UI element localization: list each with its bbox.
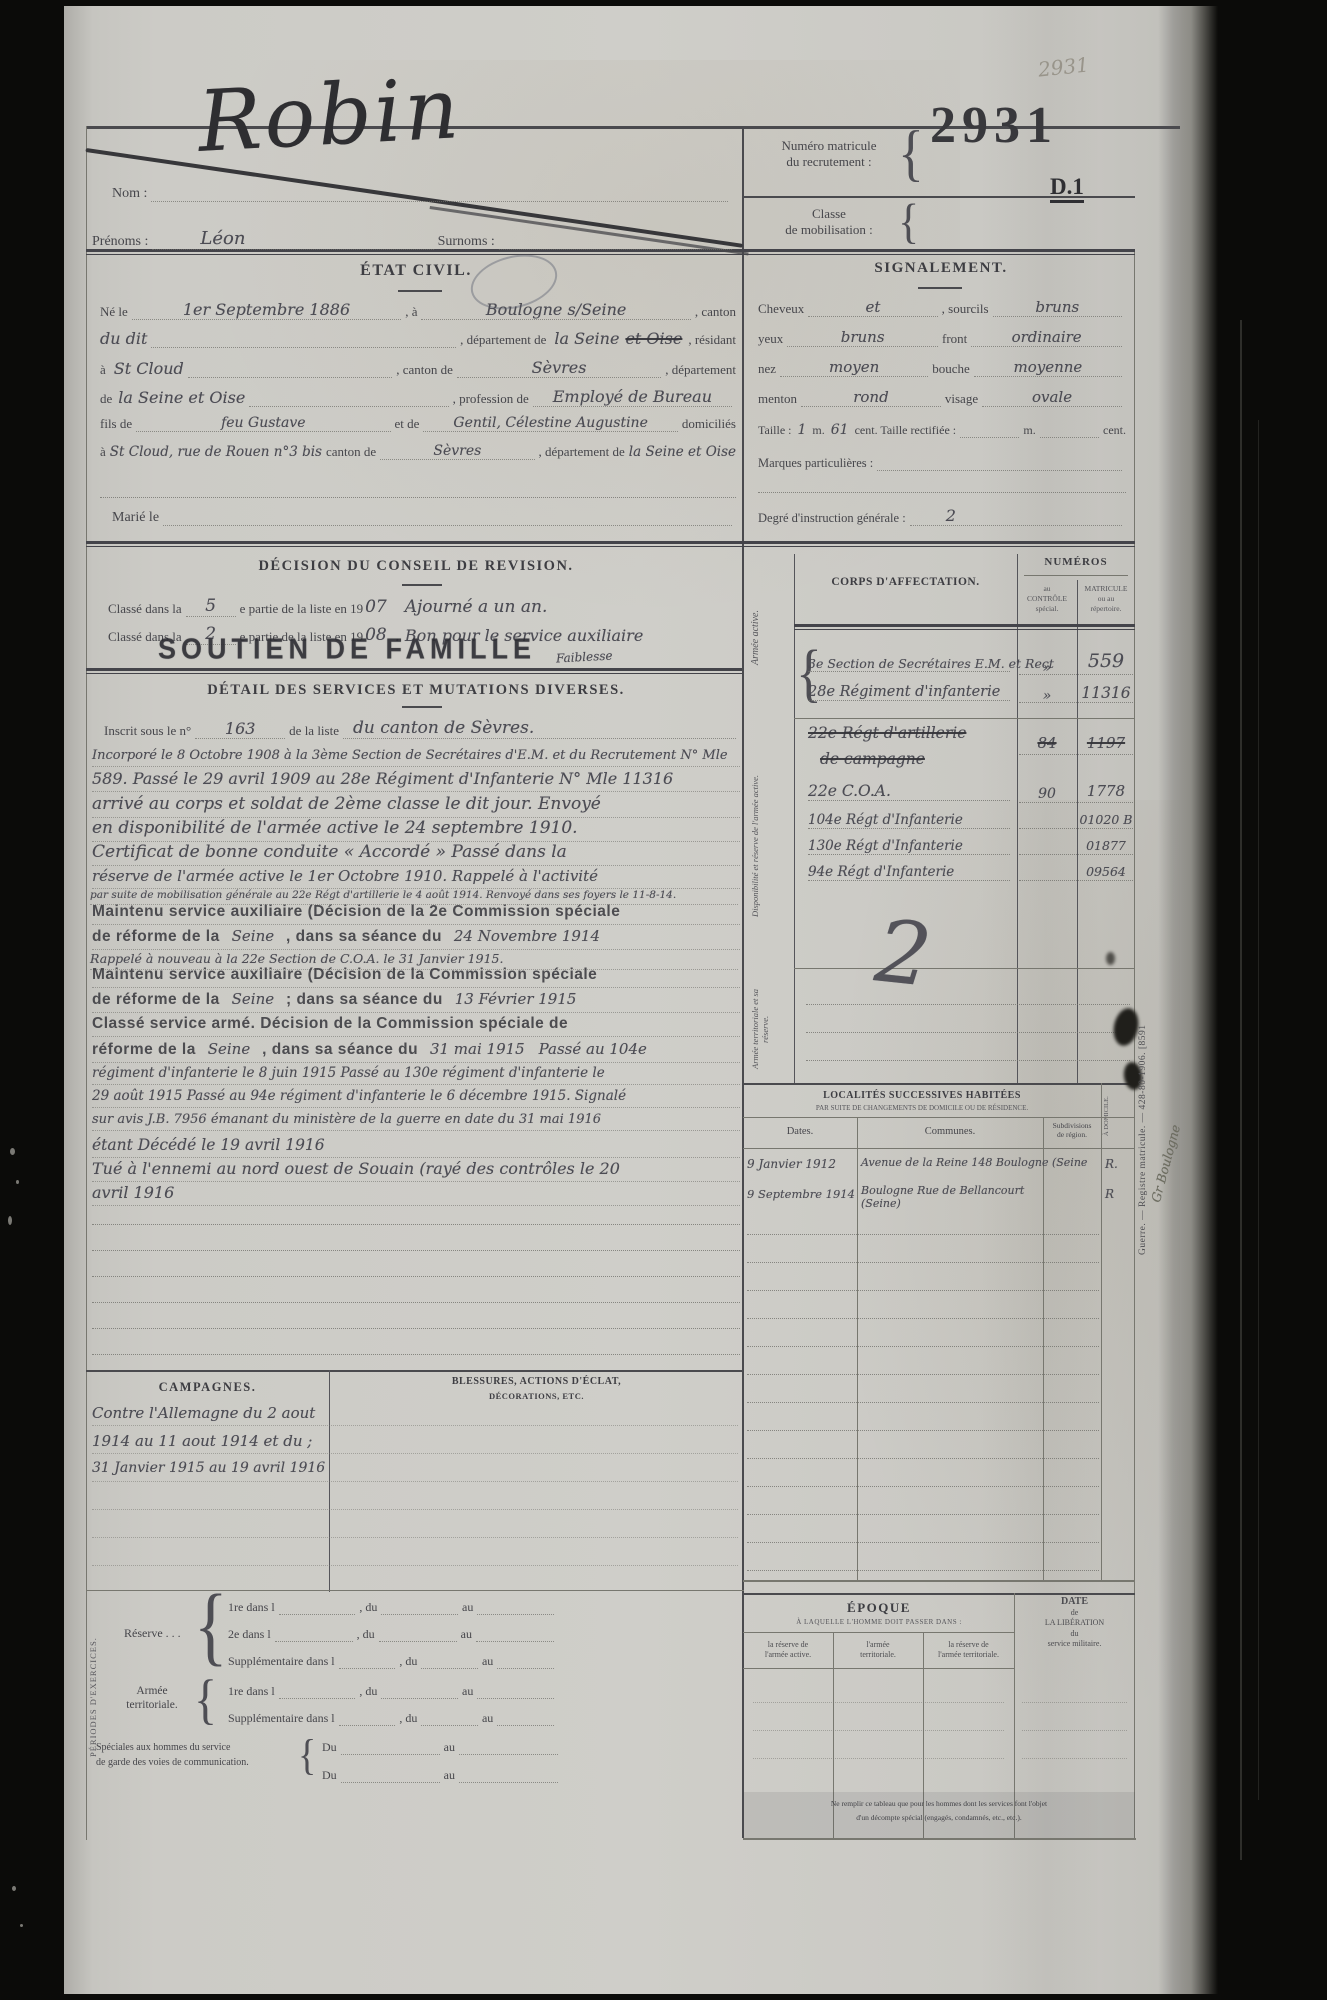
services-title: DÉTAIL DES SERVICES ET MUTATIONS DIVERSE…	[88, 682, 744, 699]
prenoms-label: Prénoms :	[92, 234, 148, 250]
dotted-fill	[497, 1723, 554, 1726]
num-col-dotted	[1019, 672, 1133, 675]
label: à	[100, 362, 106, 378]
service-line: étant Décédé le 19 avril 1916	[92, 1136, 740, 1158]
taille-cm-value: 61	[831, 422, 849, 438]
birth-place: Boulogne s/Seine	[421, 300, 690, 320]
dotted-fill	[421, 1666, 478, 1669]
campagnes-title: CAMPAGNES.	[86, 1380, 329, 1395]
empty-line	[92, 1248, 740, 1251]
side-label-disponibilite: Disponibilité et réserve de l'armée acti…	[750, 728, 786, 964]
empty-line	[753, 1728, 1004, 1731]
au-label: au	[482, 1654, 493, 1669]
campagne-line: 1914 au 11 aout 1914 et du ;	[92, 1432, 312, 1450]
epoque-header-rule	[743, 1632, 1014, 1633]
ctrl-col-header: auCONTRÔLEspécial.	[1017, 584, 1077, 614]
empty-line	[806, 1030, 1130, 1033]
corps-vline-ctrl	[1017, 554, 1018, 1085]
matricule-brace: {	[898, 122, 924, 184]
periode-label: Supplémentaire dans l	[228, 1654, 335, 1669]
side-label-territoriale: Armée territoriale et sa réserve.	[750, 976, 786, 1082]
campagnes-bottom-border	[86, 1590, 744, 1591]
dotted-fill	[960, 435, 1019, 438]
feature-label: nez	[758, 361, 776, 377]
nom-row: Nom :	[112, 186, 732, 202]
corps-row-ctrl-struck: 84	[1017, 734, 1077, 752]
label: , canton de	[396, 362, 453, 378]
au-label: au	[444, 1768, 455, 1783]
service-mixed-line: de réforme de la Seine , dans sa séance …	[92, 927, 740, 950]
service-line: réserve de l'armée active le 1er Octobre…	[92, 867, 740, 889]
residence-departement: la Seine et Oise	[118, 388, 245, 407]
blessures-subtitle: DÉCORATIONS, ETC.	[329, 1391, 744, 1401]
empty-line	[747, 1484, 1099, 1487]
label: , canton	[695, 304, 736, 320]
scanned-military-register-page: 2931 Robin Nom : Prénoms : Léon Surnoms …	[0, 0, 1327, 2000]
dotted-fill	[381, 1612, 458, 1615]
reserve-group-label: Réserve . . .	[124, 1626, 181, 1641]
taille-label: Taille :	[758, 423, 791, 438]
profession: Employé de Bureau	[533, 387, 732, 407]
hw-text: 31 mai 1915	[430, 1040, 525, 1058]
matricule-number: 2931	[930, 96, 1058, 155]
corps-row-matricule: 01020 B	[1077, 812, 1135, 827]
numeros-header: NUMÉROS	[1017, 556, 1135, 568]
marie-label: Marié le	[112, 510, 159, 526]
epoque-bottom-border	[743, 1838, 1136, 1840]
corps-row-matricule: 09564	[1077, 864, 1135, 879]
parents-canton: Sèvres	[380, 443, 534, 460]
etat-civil-title: ÉTAT CIVIL.	[88, 262, 744, 280]
periode-row: 1re dans l , du au	[228, 1684, 558, 1699]
epoque-col-3: la réserve del'armée territoriale.	[923, 1640, 1014, 1660]
au-label: au	[462, 1684, 473, 1699]
service-line: Tué à l'ennemi au nord ouest de Souain (…	[92, 1159, 740, 1182]
stacked-page-edge-1	[1240, 320, 1242, 1860]
numeros-underline	[1024, 575, 1128, 576]
civil-line-2: du dit , département de la Seine et Oise…	[100, 329, 736, 348]
inscrit-row: Inscrit sous le n° 163 de la liste du ca…	[104, 718, 740, 739]
hw-text: Seine	[208, 1040, 251, 1058]
struck-text: et Oise	[625, 329, 682, 348]
periode-row: Supplémentaire dans l , du au	[228, 1654, 558, 1669]
periode-label: 2e dans l	[228, 1627, 271, 1642]
epoque-subtitle: À LAQUELLE L'HOMME DOIT PASSER DANS :	[743, 1618, 1015, 1626]
dotted-fill	[381, 1696, 458, 1699]
dotted-fill	[877, 468, 1122, 471]
label: de la liste	[289, 723, 339, 739]
service-line: 589. Passé le 29 avril 1909 au 28e Régim…	[92, 769, 740, 792]
decision-double-rule	[86, 668, 742, 674]
empty-line	[747, 1400, 1099, 1403]
du-label: Du	[322, 1768, 337, 1783]
corps-row-name: 28e Régiment d'infanterie	[808, 684, 1010, 701]
hw-text: Passé au 104e	[539, 1040, 647, 1058]
date-col-header: DATE de LA LIBÉRATION du service militai…	[1014, 1597, 1135, 1650]
hw-text: Seine	[232, 990, 275, 1008]
periode-row: 1re dans l , du au	[228, 1600, 558, 1615]
liste-canton: du canton de Sèvres.	[343, 718, 736, 739]
feature-value: rond	[801, 388, 941, 407]
label: m.	[812, 423, 824, 438]
corps-group-separator	[794, 968, 1135, 969]
hw-text: 24 Novembre 1914	[454, 927, 600, 945]
residence-canton: Sèvres	[457, 358, 661, 378]
service-line: 29 août 1915 Passé au 94e régiment d'inf…	[92, 1088, 740, 1108]
corps-row-matricule-struck: 1197	[1077, 734, 1135, 752]
corps-row-name-struck: 22e Régt d'artillerie	[808, 724, 1010, 742]
localite-subdivision: R	[1105, 1187, 1114, 1201]
dotted-fill	[459, 1780, 558, 1783]
service-line: sur avis J.B. 7956 émanant du ministère …	[92, 1112, 740, 1131]
empty-line	[1022, 1756, 1127, 1759]
civil-line-4: de la Seine et Oise , profession de Empl…	[100, 387, 736, 407]
decision-note: Ajourné a un an.	[405, 597, 732, 617]
label: domiciliés	[682, 416, 736, 432]
stamp-text: réforme de la	[92, 1041, 196, 1058]
num-col-dotted	[1019, 878, 1133, 881]
empty-line	[92, 1563, 738, 1566]
signalement-row-2: yeux bruns front ordinaire	[758, 328, 1126, 347]
empty-line	[1022, 1728, 1127, 1731]
stamp-text: , dans sa séance du	[262, 1041, 418, 1058]
label: , résidant	[688, 332, 736, 348]
taille-m-value: 1	[797, 422, 806, 438]
taille-row: Taille : 1 m. 61 cent. Taille rectifiée …	[758, 422, 1126, 438]
col-header-dates: Dates.	[743, 1126, 857, 1137]
empty-line	[753, 1756, 1004, 1759]
periode-label: 1re dans l	[228, 1600, 275, 1615]
stacked-page-edge-2	[1258, 420, 1259, 1800]
parents-address: St Cloud, rue de Rouen n°3 bis	[110, 444, 322, 460]
title-flourish	[918, 287, 962, 289]
service-mixed-line: de réforme de la Seine ; dans sa séance …	[92, 990, 740, 1013]
margin-speck	[8, 1216, 12, 1225]
label: , département	[665, 362, 736, 378]
parents-departement: la Seine et Oise	[629, 444, 736, 460]
localites-colhead-rule	[743, 1148, 1135, 1149]
col-header-communes: Communes.	[857, 1126, 1043, 1137]
dotted-fill	[339, 1723, 396, 1726]
label: fils de	[100, 416, 132, 432]
speciale-row: Du au	[322, 1768, 562, 1783]
empty-line	[92, 1274, 740, 1277]
empty-line	[747, 1344, 1099, 1347]
localite-date: 9 Septembre 1914	[747, 1187, 855, 1201]
civil-line-5: fils de feu Gustave et de Gentil, Célest…	[100, 415, 736, 432]
campagne-line: Contre l'Allemagne du 2 aout	[92, 1404, 315, 1422]
label: canton de	[326, 444, 376, 460]
empty-line	[806, 1058, 1130, 1061]
du-label: Du	[322, 1740, 337, 1755]
feature-value: moyenne	[974, 358, 1122, 377]
campagne-line: 31 Janvier 1915 au 19 avril 1916	[92, 1460, 325, 1476]
stamp-soutien-de-famille: SOUTIEN DE FAMILLE	[158, 633, 536, 666]
liste-partie: 5	[186, 596, 236, 617]
label: , département de	[460, 332, 546, 348]
localites-title: LOCALITÉS SUCCESSIVES HABITÉES	[743, 1090, 1101, 1101]
dotted-fill	[275, 1639, 353, 1642]
empty-line	[747, 1232, 1099, 1235]
dotted-fill	[151, 199, 728, 202]
localites-side-vline	[1101, 1083, 1102, 1580]
label: Né le	[100, 304, 128, 320]
dotted-fill	[163, 523, 732, 526]
corps-header: CORPS D'AFFECTATION.	[794, 576, 1017, 588]
label: e partie de la liste en 19	[240, 601, 363, 617]
form-left-border	[86, 126, 87, 1840]
localites-vline-1	[857, 1117, 858, 1580]
feature-value: et	[808, 298, 937, 317]
printer-imprint: Guerre. — Registre matricule. — 428-80-1…	[1138, 870, 1158, 1410]
reserve-brace: {	[194, 1583, 228, 1671]
classe-brace: {	[898, 198, 919, 246]
birth-departement: la Seine	[554, 329, 619, 348]
corps-row-matricule: 01877	[1077, 838, 1135, 853]
corps-group-separator	[794, 718, 1135, 719]
surname-signature: Robin	[196, 59, 464, 171]
localite-commune: Avenue de la Reine 148 Boulogne (Seine	[861, 1156, 1087, 1169]
dotted-fill	[421, 1723, 478, 1726]
empty-line	[747, 1316, 1099, 1319]
prenoms-value: Léon	[152, 228, 433, 250]
epoque-note-2: d'un décompte spécial (engagés, condamné…	[743, 1813, 1135, 1822]
marques-row: Marques particulières :	[758, 456, 1126, 471]
corps-vline-label	[794, 554, 795, 1085]
degre-row: Degré d'instruction générale : 2	[758, 506, 1126, 526]
empty-line	[747, 1568, 1099, 1571]
feature-label: menton	[758, 391, 797, 407]
label: cent. Taille rectifiée :	[855, 423, 957, 438]
liste-annee: 07	[365, 597, 387, 617]
empty-line	[92, 1535, 738, 1538]
civil-line-3: à St Cloud , canton de Sèvres , départem…	[100, 358, 736, 378]
mother-name: Gentil, Célestine Augustine	[423, 415, 677, 432]
num-col-dotted	[1019, 752, 1133, 755]
flourish-mark: 2	[871, 901, 936, 1006]
margin-speck	[16, 1180, 19, 1184]
feature-label: Cheveux	[758, 301, 804, 317]
empty-line	[747, 1456, 1099, 1459]
classe-label: Classede mobilisation :	[754, 206, 904, 238]
stamp-text: de réforme de la	[92, 928, 220, 945]
corps-row-name: 104e Régt d'Infanterie	[808, 812, 1010, 829]
epoque-note-1: Ne remplir ce tableau que pour les homme…	[743, 1799, 1135, 1808]
empty-line	[753, 1700, 1004, 1703]
corps-row-name: 94e Régt d'Infanterie	[808, 864, 1010, 881]
degre-label: Degré d'instruction générale :	[758, 511, 906, 526]
localite-commune: Boulogne Rue de Bellancourt (Seine)	[861, 1184, 1046, 1210]
localites-subtitle: PAR SUITE DE CHANGEMENTS DE DOMICILE OU …	[743, 1104, 1101, 1112]
corps-row-name: 3e Section de Secrétaires E.M. et Rect	[808, 656, 1010, 672]
canton-value: du dit	[100, 329, 147, 348]
signalement-title: SIGNALEMENT.	[745, 260, 1137, 277]
stamp-text: de réforme de la	[92, 991, 220, 1008]
epoque-title: ÉPOQUE	[743, 1600, 1015, 1616]
localites-header-rule	[743, 1117, 1135, 1118]
dotted-fill	[188, 375, 392, 378]
empty-line	[806, 1002, 1130, 1005]
empty-line	[747, 1372, 1099, 1375]
num-col-dotted	[1019, 800, 1133, 803]
empty-line	[747, 1512, 1099, 1515]
du-label: , du	[359, 1600, 377, 1615]
dotted-fill	[476, 1639, 554, 1642]
feature-label: , sourcils	[942, 301, 989, 317]
empty-line	[92, 1326, 740, 1329]
side-label-armee-active: Armée active.	[750, 562, 786, 714]
au-label: au	[444, 1740, 455, 1755]
num-col-dotted	[1019, 826, 1133, 829]
civil-double-rule	[86, 541, 1135, 547]
feature-label: bouche	[932, 361, 970, 377]
empty-line	[747, 1428, 1099, 1431]
speciales-label-1: Spéciales aux hommes du service	[96, 1742, 230, 1753]
dotted-fill	[341, 1752, 440, 1755]
speciales-brace: {	[298, 1733, 316, 1777]
col-header-subdivisions: Subdivisionsde région.	[1043, 1121, 1101, 1139]
surnoms-label: Surnoms :	[438, 234, 495, 250]
feature-value: ordinaire	[971, 328, 1122, 347]
empty-line	[92, 1300, 740, 1303]
speciales-label-2: de garde des voies de communication.	[96, 1757, 249, 1768]
dotted-fill	[279, 1696, 356, 1699]
num-col-dotted	[1019, 852, 1133, 855]
label: à	[100, 444, 106, 460]
empty-line	[758, 490, 1126, 493]
dotted-fill	[279, 1612, 356, 1615]
empty-line	[747, 1540, 1099, 1543]
corps-row-matricule: 1778	[1077, 782, 1135, 800]
label: , profession de	[453, 391, 529, 407]
au-label: au	[462, 1600, 473, 1615]
empty-line	[747, 1288, 1099, 1291]
label: de	[100, 391, 112, 407]
service-line: arrivé au corps et soldat de 2ème classe…	[92, 794, 740, 818]
dotted-fill	[477, 1612, 554, 1615]
label: m.	[1023, 423, 1035, 438]
empty-line	[92, 1479, 738, 1482]
title-flourish	[402, 706, 442, 708]
empty-line	[92, 1423, 738, 1426]
epoque-top-border	[743, 1593, 1135, 1595]
empty-line	[747, 1260, 1099, 1263]
localites-top-border	[743, 1083, 1135, 1085]
prenoms-row: Prénoms : Léon Surnoms :	[92, 228, 736, 250]
hw-text: 13 Février 1915	[455, 990, 577, 1008]
service-stamp-line: Classé service armé. Décision de la Comm…	[92, 1015, 740, 1037]
dotted-fill	[151, 345, 456, 348]
ink-blot	[1106, 952, 1115, 965]
title-flourish	[398, 290, 442, 292]
label: et de	[395, 416, 420, 432]
du-label: , du	[399, 1654, 417, 1669]
localites-side-header: À DOMICILE.	[1103, 1088, 1133, 1144]
epoque-col-1: la réserve del'armée active.	[743, 1640, 833, 1660]
service-line: Certificat de bonne conduite « Accordé »…	[92, 842, 740, 866]
periode-row: 2e dans l , du au	[228, 1627, 558, 1642]
service-line: en disponibilité de l'armée active le 24…	[92, 818, 740, 842]
classe-stamp: D.1	[1050, 174, 1084, 203]
dotted-fill	[459, 1752, 558, 1755]
empty-line	[1022, 1700, 1127, 1703]
service-line: avril 1916	[92, 1183, 740, 1206]
civil-line-1: Né le 1er Septembre 1886 , à Boulogne s/…	[100, 300, 736, 320]
decision-title: DÉCISION DU CONSEIL DE REVISION.	[88, 558, 744, 575]
dotted-fill	[379, 1639, 457, 1642]
label: , département de	[539, 444, 625, 460]
stamp-text: ; dans sa séance du	[286, 991, 443, 1008]
margin-speck	[20, 1924, 23, 1927]
column-divider	[742, 128, 744, 1838]
speciale-row: Du au	[322, 1740, 562, 1755]
feature-value: bruns	[993, 298, 1122, 317]
label: cent.	[1103, 423, 1126, 438]
campagnes-top-border	[86, 1370, 744, 1372]
periode-row: Supplémentaire dans l , du au	[228, 1711, 558, 1726]
localite-date: 9 Janvier 1912	[747, 1157, 836, 1171]
empty-line	[92, 1507, 738, 1510]
au-label: au	[461, 1627, 472, 1642]
periode-label: 1re dans l	[228, 1684, 275, 1699]
dotted-fill	[477, 1696, 554, 1699]
feature-label: yeux	[758, 331, 783, 347]
signalement-row-3: nez moyen bouche moyenne	[758, 358, 1126, 377]
corps-row-matricule: 559	[1077, 650, 1135, 672]
corps-row-name: 130e Régt d'Infanterie	[808, 838, 1010, 855]
feature-value: moyen	[780, 358, 928, 377]
feature-value: ovale	[982, 388, 1122, 407]
territoriale-brace: {	[194, 1672, 217, 1727]
empty-line	[100, 495, 736, 498]
empty-line	[92, 1451, 738, 1454]
epoque-col-2: l'arméeterritoriale.	[833, 1640, 923, 1660]
margin-speck	[10, 1148, 15, 1155]
du-label: , du	[399, 1711, 417, 1726]
dotted-fill	[497, 1666, 554, 1669]
nom-label: Nom :	[112, 186, 147, 202]
corps-header-rule	[794, 624, 1135, 630]
du-label: , du	[359, 1684, 377, 1699]
margin-speck	[12, 1886, 16, 1891]
stamp-text: , dans sa séance du	[286, 928, 442, 945]
residence: St Cloud	[114, 359, 184, 378]
corps-row-name-struck: de campagne	[820, 750, 1010, 768]
empty-line	[92, 1352, 740, 1355]
epoque-subhead-rule	[743, 1668, 1014, 1669]
degre-value: 2	[910, 506, 1122, 526]
empty-line	[92, 1222, 740, 1225]
dotted-fill	[339, 1666, 396, 1669]
num-col-dotted	[1019, 700, 1133, 703]
label: , à	[405, 304, 417, 320]
dotted-fill	[341, 1780, 440, 1783]
label: Classé dans la	[108, 601, 182, 617]
feature-label: visage	[945, 391, 978, 407]
signalement-row-4: menton rond visage ovale	[758, 388, 1126, 407]
du-label: , du	[357, 1627, 375, 1642]
corps-row-name: 22e C.O.A.	[808, 782, 1010, 801]
localites-bottom-border	[743, 1580, 1135, 1582]
marie-row: Marié le	[112, 510, 736, 526]
feature-value: bruns	[787, 328, 938, 347]
feature-label: front	[942, 331, 967, 347]
matricule-label: Numéro matriculedu recrutement :	[754, 138, 904, 170]
blessures-title: BLESSURES, ACTIONS D'ÉCLAT,	[329, 1376, 744, 1387]
page-curl	[1158, 6, 1218, 1994]
service-line: Incorporé le 8 Octobre 1908 à la 3ème Se…	[92, 748, 740, 767]
service-line: régiment d'infanterie le 8 juin 1915 Pas…	[92, 1065, 740, 1085]
